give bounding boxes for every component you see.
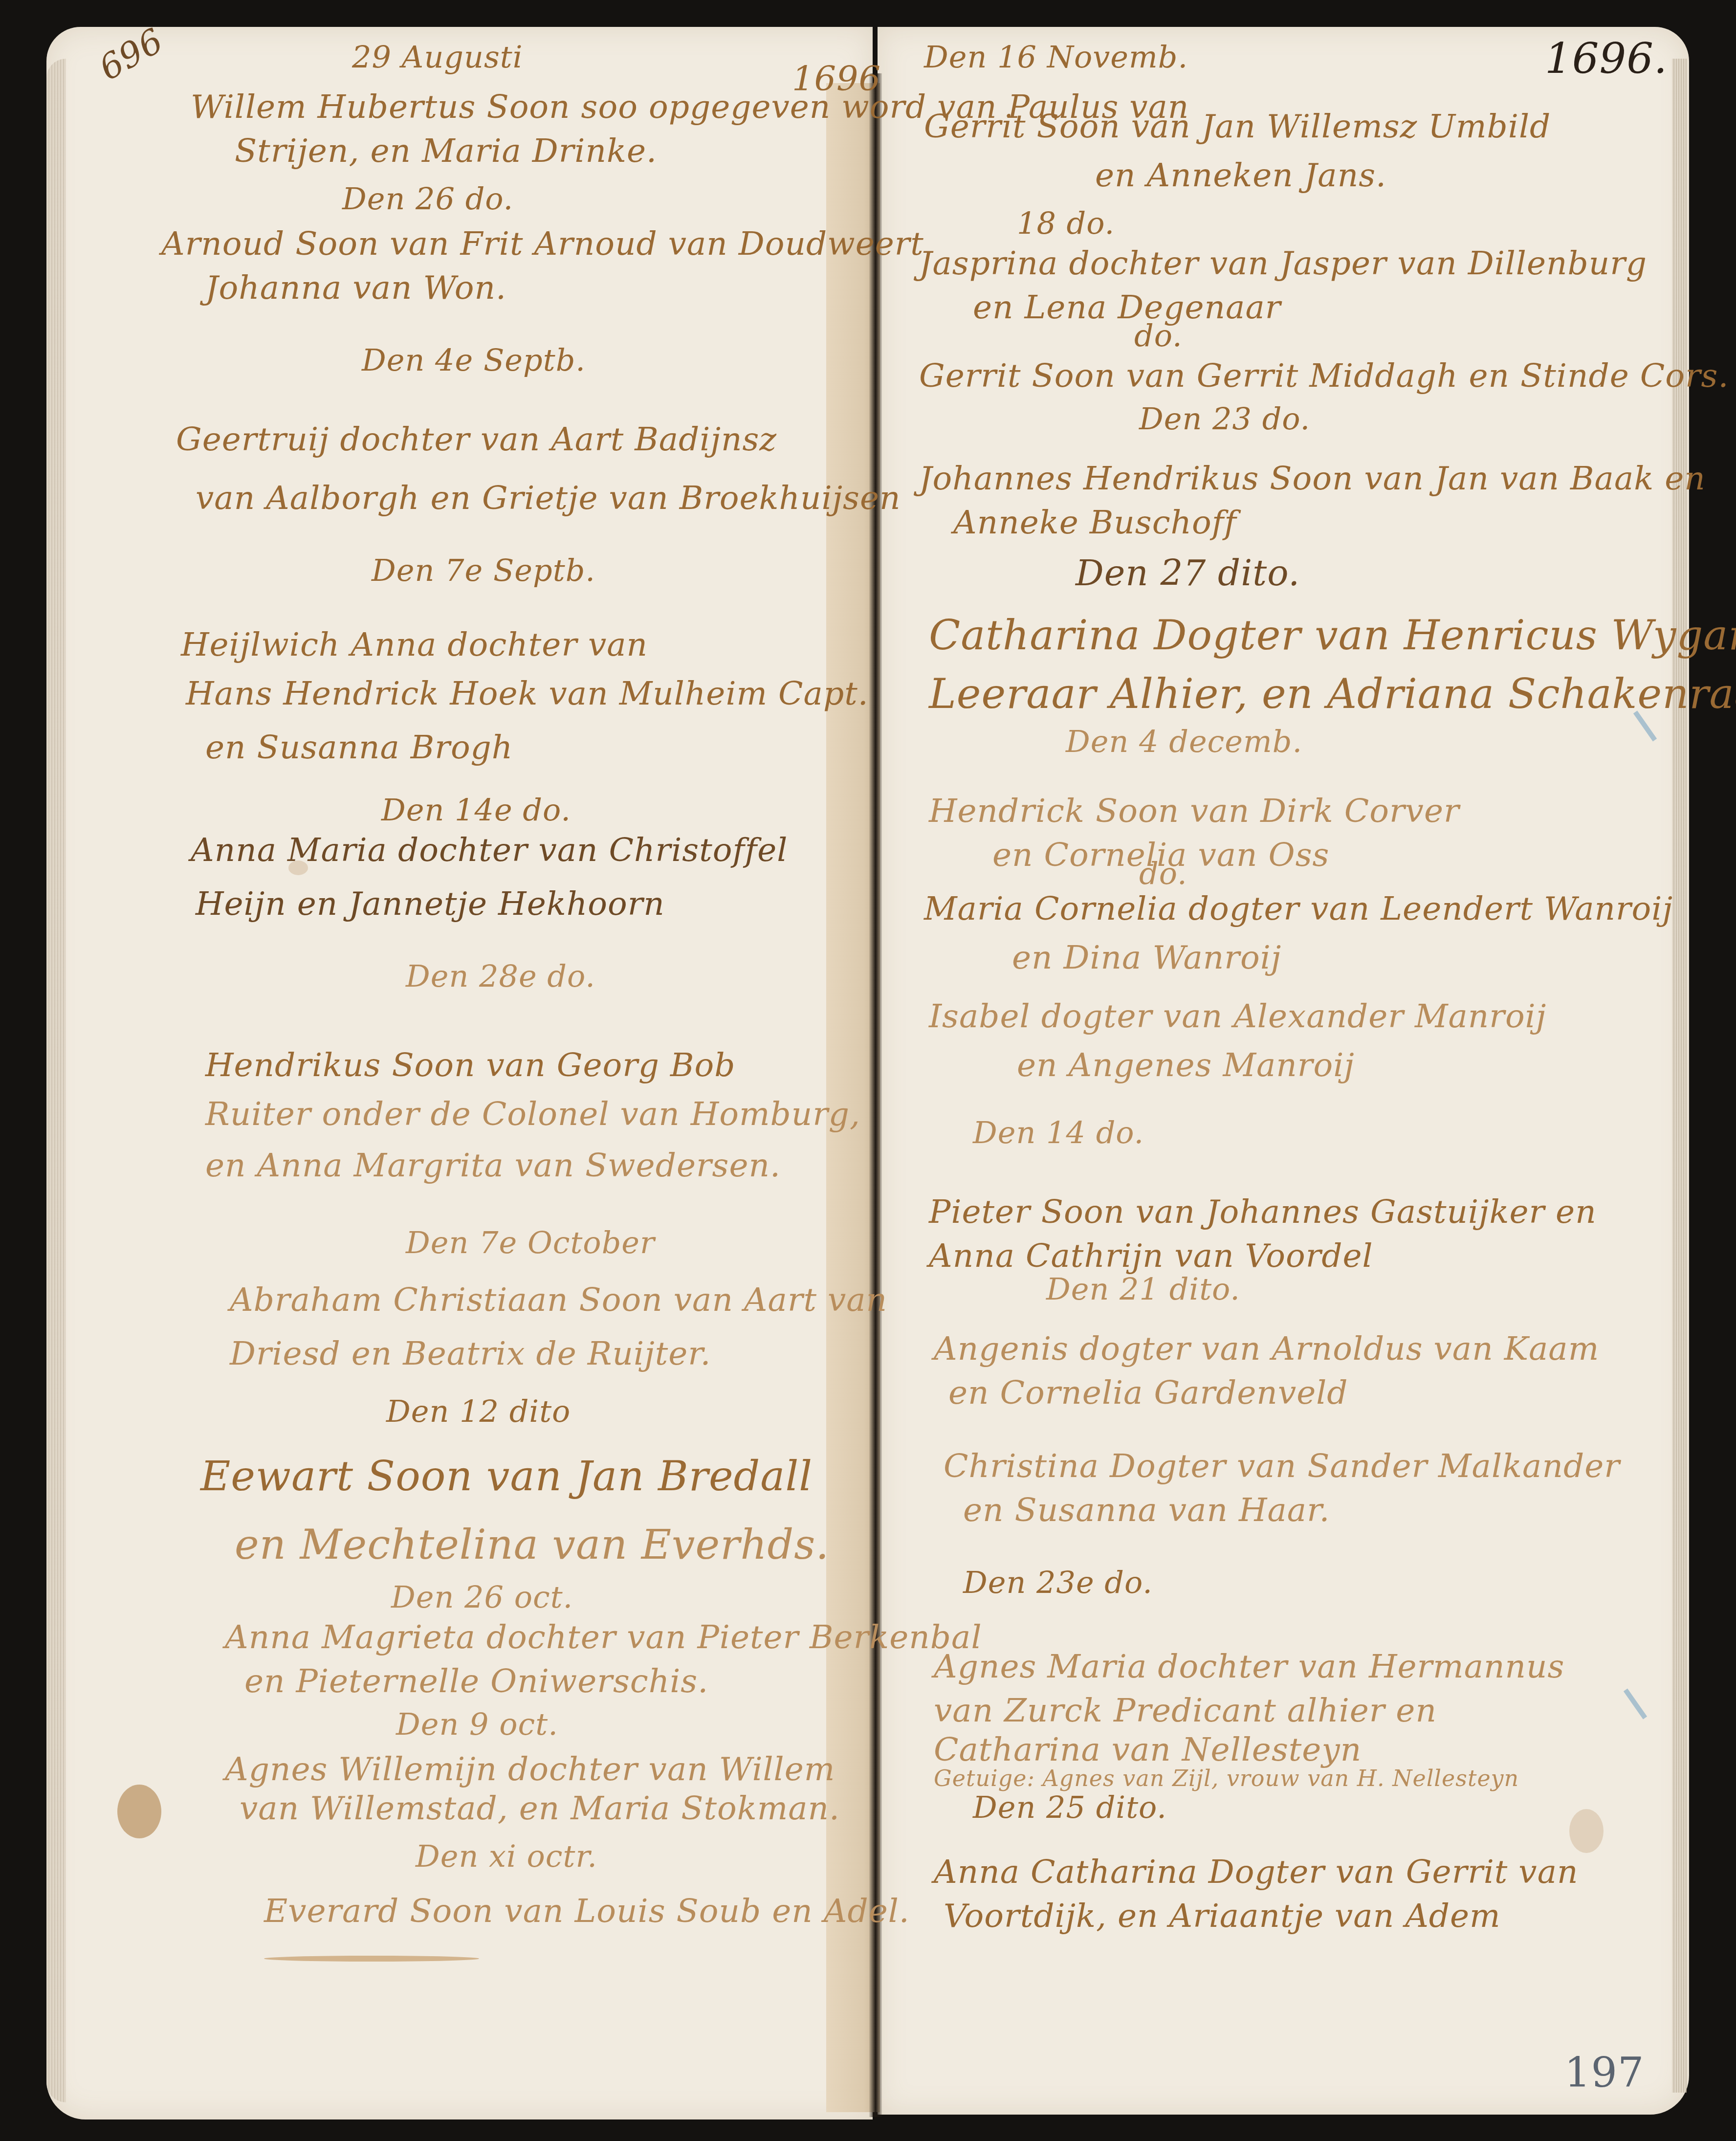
entry-line: Hendrick Soon van Dirk Corver xyxy=(929,792,1459,830)
entry-date: Den 4e Septb. xyxy=(362,342,586,378)
pencil-folio: 197 xyxy=(1564,2049,1644,2097)
entry-line: en Susanna Brogh xyxy=(205,728,513,766)
entry-line: Eewart Soon van Jan Bredall xyxy=(200,1452,813,1500)
entry-line: en Anna Margrita van Swedersen. xyxy=(205,1147,781,1184)
entry-line: Getuige: Agnes van Zijl, vrouw van H. Ne… xyxy=(934,1765,1519,1791)
entry-date: Den 12 dito xyxy=(386,1393,571,1429)
entry-date: Den 25 dito. xyxy=(973,1789,1167,1825)
entry-line: Maria Cornelia dogter van Leendert Wanro… xyxy=(924,890,1673,927)
entry-line: Catharina van Nellesteyn xyxy=(934,1731,1362,1768)
entry-date: Den 14 do. xyxy=(973,1115,1144,1150)
entry-line: en Susanna van Haar. xyxy=(963,1491,1330,1529)
entry-date: Den 27 dito. xyxy=(1076,552,1300,594)
entry-line: Anna Maria dochter van Christoffel xyxy=(191,831,788,869)
entry-line: Hans Hendrick Hoek van Mulheim Capt. xyxy=(186,675,869,712)
entry-line: Anneke Buschoff xyxy=(953,504,1237,541)
entry-line: Ruiter onder de Colonel van Homburg, xyxy=(205,1095,860,1133)
entry-date: Den 26 oct. xyxy=(391,1579,573,1615)
entry-line: Pieter Soon van Johannes Gastuijker en xyxy=(929,1193,1597,1231)
entry-line: Hendrikus Soon van Georg Bob xyxy=(205,1046,735,1084)
ink-stain xyxy=(288,861,308,875)
entry-date: Den 7e October xyxy=(406,1225,655,1260)
entry-line: Christina Dogter van Sander Malkander xyxy=(944,1447,1620,1485)
entry-date: Den 21 dito. xyxy=(1046,1271,1240,1307)
entry-date: Den 23 do. xyxy=(1139,401,1310,437)
gutter xyxy=(869,73,882,2117)
entry-line: Johanna van Won. xyxy=(205,269,506,307)
left-page-edges xyxy=(46,59,66,2102)
entry-line: Arnoud Soon van Frit Arnoud van Doudweer… xyxy=(161,225,924,263)
entry-line: en Lena Degenaar xyxy=(973,288,1281,326)
entry-line: en Mechtelina van Everhds. xyxy=(235,1521,829,1568)
entry-line: Driesd en Beatrix de Ruijter. xyxy=(230,1335,711,1372)
entry-line: Isabel dogter van Alexander Manroij xyxy=(929,997,1546,1035)
entry-date: do. xyxy=(1139,856,1187,891)
entry-date: Den 7e Septb. xyxy=(372,552,595,588)
entry-line: Johannes Hendrikus Soon van Jan van Baak… xyxy=(919,460,1706,497)
entry-line: Anna Cathrijn van Voordel xyxy=(929,1237,1373,1275)
ink-flourish xyxy=(264,1956,479,1962)
entry-line: Heijlwich Anna dochter van xyxy=(181,626,648,663)
entry-line: Agnes Willemijn dochter van Willem xyxy=(225,1750,835,1788)
entry-line: en Dina Wanroij xyxy=(1012,939,1281,976)
entry-line: van Willemstad, en Maria Stokman. xyxy=(240,1789,840,1827)
entry-line: Anna Catharina Dogter van Gerrit van xyxy=(934,1853,1579,1891)
entry-line: Gerrit Soon van Gerrit Middagh en Stinde… xyxy=(919,357,1729,395)
entry-line: en Pieternelle Oniwerschis. xyxy=(244,1662,708,1700)
entry-date: Den 9 oct. xyxy=(396,1706,558,1742)
entry-line: Anna Magrieta dochter van Pieter Berkenb… xyxy=(225,1618,982,1656)
entry-date: 29 Augusti xyxy=(352,39,523,75)
entry-date: Den 28e do. xyxy=(406,958,595,994)
entry-line: Everard Soon van Louis Soub en Adel. xyxy=(264,1892,910,1930)
ink-stain xyxy=(1569,1809,1604,1853)
entry-line: Voortdijk, en Ariaantje van Adem xyxy=(944,1897,1501,1935)
entry-line: en Cornelia Gardenveld xyxy=(948,1374,1348,1412)
entry-date: Den 23e do. xyxy=(963,1565,1153,1600)
entry-line: Angenis dogter van Arnoldus van Kaam xyxy=(934,1330,1599,1368)
entry-line: Geertruij dochter van Aart Badijnsz xyxy=(176,420,777,458)
entry-line: Strijen, en Maria Drinke. xyxy=(235,132,657,170)
entry-line: Leeraar Alhier, en Adriana Schakenraat xyxy=(929,670,1736,718)
entry-date: Den 4 decemb. xyxy=(1066,724,1302,759)
entry-date: Den 16 Novemb. xyxy=(924,39,1188,75)
entry-date: 18 do. xyxy=(1017,205,1115,241)
entry-date: do. xyxy=(1134,318,1183,353)
entry-line: van Aalborgh en Grietje van Broekhuijsen xyxy=(196,479,901,517)
folio-right: 1696. xyxy=(1545,34,1668,83)
entry-date: Den xi octr. xyxy=(416,1838,597,1874)
entry-line: Gerrit Soon van Jan Willemsz Umbild xyxy=(924,108,1551,145)
entry-line: Abraham Christiaan Soon van Aart van xyxy=(230,1281,887,1319)
entry-line: en Angenes Manroij xyxy=(1017,1046,1355,1084)
entry-line: Jasprina dochter van Jasper van Dillenbu… xyxy=(919,244,1647,282)
entry-line: Catharina Dogter van Henricus Wygardus xyxy=(929,611,1736,659)
entry-line: Agnes Maria dochter van Hermannus xyxy=(934,1648,1564,1685)
entry-line: van Zurck Predicant alhier en xyxy=(934,1692,1437,1729)
entry-line: Heijn en Jannetje Hekhoorn xyxy=(196,885,665,923)
entry-date: Den 14e do. xyxy=(381,792,571,828)
entry-line: en Anneken Jans. xyxy=(1095,156,1386,194)
entry-date: Den 26 do. xyxy=(342,181,513,217)
ink-stain xyxy=(117,1785,161,1838)
